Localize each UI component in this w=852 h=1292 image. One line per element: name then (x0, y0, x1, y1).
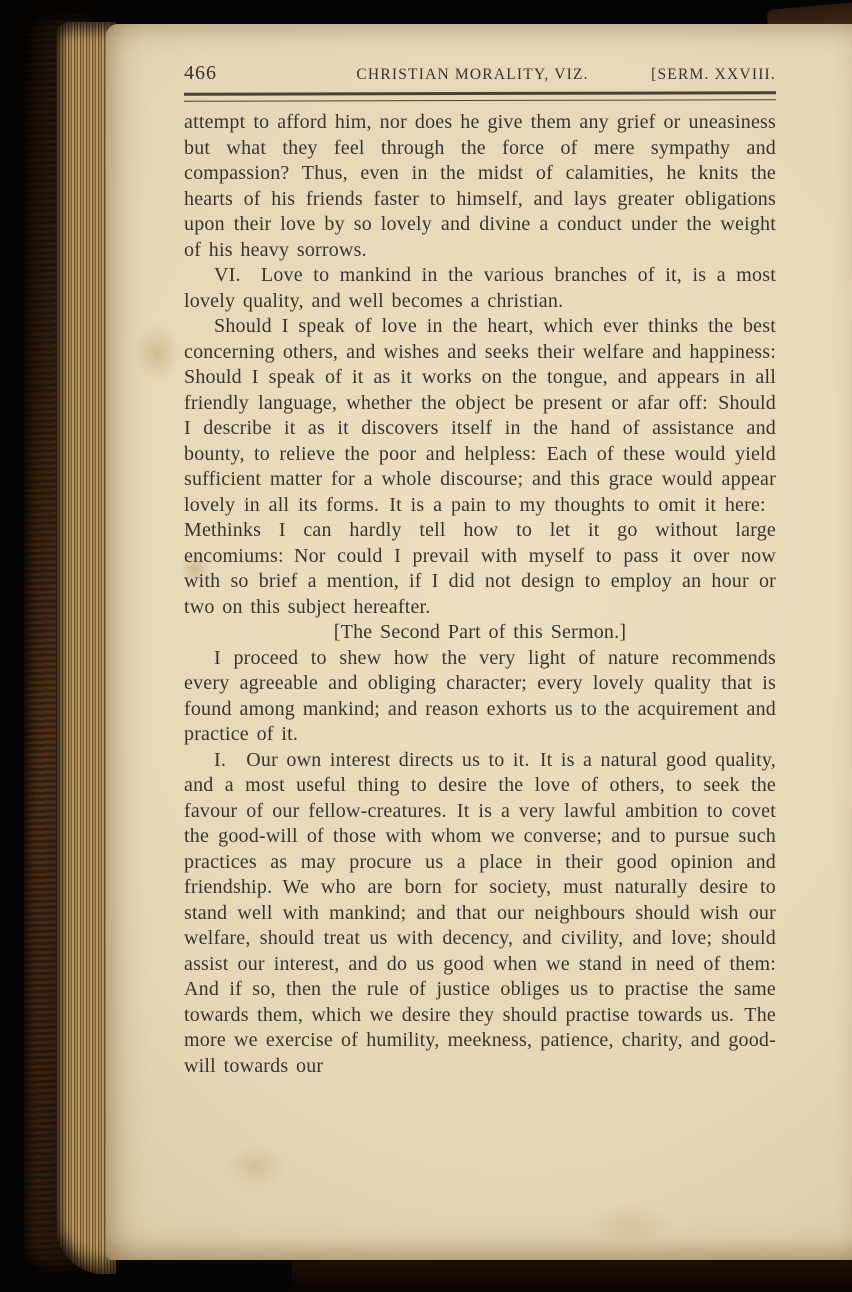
page-header: 466 CHRISTIAN MORALITY, VIZ. [SERM. XXVI… (184, 62, 776, 85)
paragraph: VI. Love to mankind in the various branc… (184, 263, 776, 314)
page-content: 466 CHRISTIAN MORALITY, VIZ. [SERM. XXVI… (184, 62, 776, 1079)
sermon-label: [SERM. XXVIII. (651, 66, 776, 84)
book-page: 466 CHRISTIAN MORALITY, VIZ. [SERM. XXVI… (106, 24, 852, 1260)
body-text: attempt to afford him, nor does he give … (184, 110, 776, 1079)
foxing-stain (134, 324, 180, 382)
foxing-stain (226, 1144, 286, 1188)
paragraph: I proceed to shew how the very light of … (184, 646, 776, 748)
paragraph: attempt to afford him, nor does he give … (184, 110, 776, 263)
page-number: 466 (184, 62, 294, 85)
cover-bottom-edge (292, 1258, 852, 1292)
header-rule (184, 91, 776, 102)
paragraph: Should I speak of love in the heart, whi… (184, 314, 776, 620)
running-title: CHRISTIAN MORALITY, VIZ. (294, 66, 651, 84)
section-divider-line: [The Second Part of this Sermon.] (184, 620, 776, 646)
book-photo: 466 CHRISTIAN MORALITY, VIZ. [SERM. XXVI… (0, 0, 852, 1292)
paragraph: I. Our own interest directs us to it. It… (184, 748, 776, 1080)
foxing-stain (586, 1204, 676, 1244)
